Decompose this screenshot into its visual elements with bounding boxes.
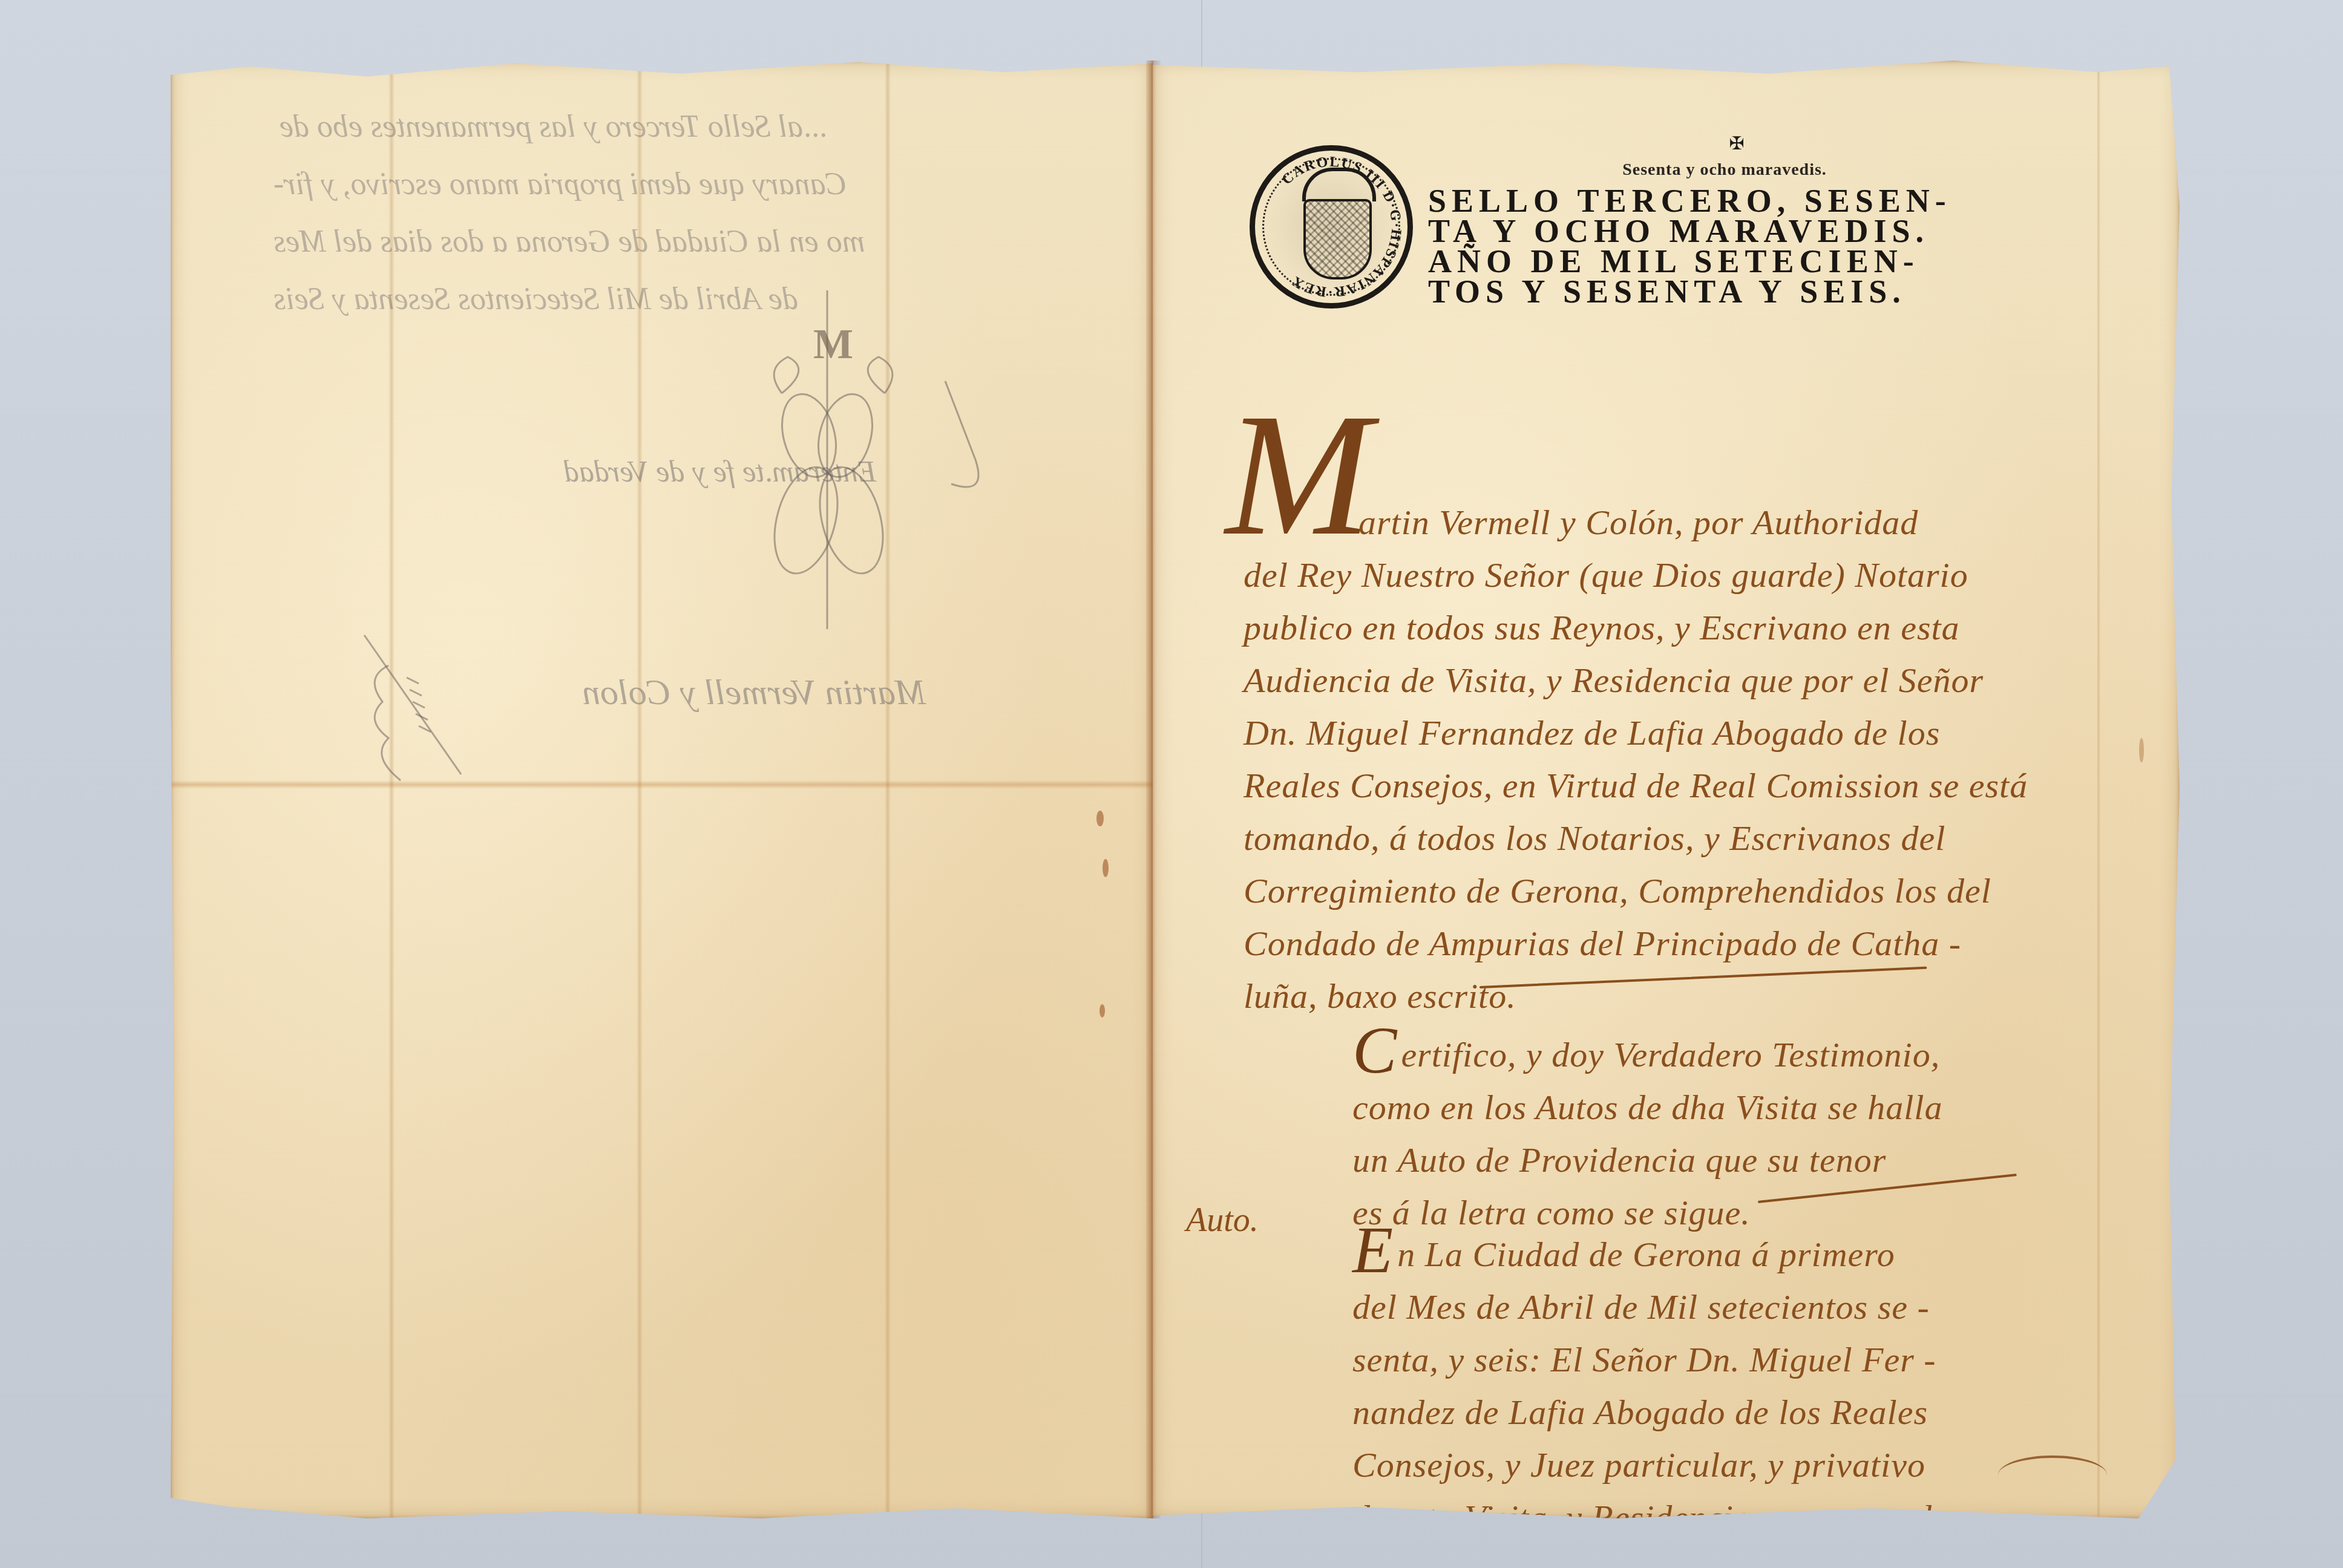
stamp-line: AÑO DE MIL SETECIEN- — [1428, 246, 2021, 276]
left-page: ...al Sello Tercero y las permanentes eb… — [171, 60, 1153, 1518]
manuscript-body: artin Vermell y Colón, por Authoridad de… — [1244, 496, 2103, 1022]
text-line: Condado de Ampurias del Principado de Ca… — [1244, 917, 2103, 970]
bleed-signum-text: Enteram.te fe y de Verdad — [564, 454, 876, 489]
bleed-through-line: ...al Sello Tercero y las permanentes eb… — [280, 109, 827, 145]
left-page-edge-wear — [171, 60, 1153, 1518]
text-line: publico en todos sus Reynos, y Escrivano… — [1244, 601, 2103, 654]
bleed-signature: Martin Vermell y Colon — [582, 671, 926, 713]
certifico-paragraph: Certifico, y doy Verdadero Testimonio, c… — [1352, 1028, 2109, 1239]
stamp-paper-header: ✠ Sesenta y ocho maravedis. SELLO TERCER… — [1428, 133, 2021, 307]
auto-paragraph: En La Ciudad de Gerona á primero del Mes… — [1352, 1228, 2109, 1544]
text-line: Corregimiento de Gerona, Comprehendidos … — [1244, 864, 2103, 917]
right-page: CAROLUS III D·G·HISPANIAR·REX ✠ Sesenta … — [1153, 60, 2180, 1518]
text-line: nandez de Lafia Abogado de los Reales — [1352, 1386, 2109, 1439]
seal-legend: CAROLUS III D·G·HISPANIAR·REX — [1255, 151, 1407, 303]
cap-c: C — [1352, 1013, 1397, 1087]
text-line: Audiencia de Visita, y Residencia que po… — [1244, 654, 2103, 707]
text-line: artin Vermell y Colón, por Authoridad — [1244, 496, 2103, 549]
text-line: de esta Visita, y Residencia, y encargad… — [1352, 1491, 2109, 1544]
signum-letter: M — [813, 321, 853, 369]
fold-line — [637, 60, 643, 1518]
text-line: Reales Consejos, en Virtud de Real Comis… — [1244, 759, 2103, 812]
bleed-through-line: de Abril de Mil Setecientos Sesenta y Se… — [274, 281, 798, 317]
fold-line — [885, 60, 891, 1518]
stamp-line: SELLO TERCERO, SESEN- — [1428, 186, 2021, 216]
cap-e: E — [1352, 1213, 1394, 1287]
text-line: tomando, á todos los Notarios, y Escriva… — [1244, 812, 2103, 864]
mirrored-rubric-icon — [352, 629, 485, 786]
edge-stain — [2139, 738, 2144, 762]
catchword-flourish — [1998, 1455, 2107, 1494]
stamp-line: TA Y OCHO MARAVEDIS. — [1428, 216, 2021, 246]
rust-stain — [1103, 859, 1109, 877]
bleed-through-line: Canary que demi propria mano escrivo, y … — [274, 166, 847, 202]
rust-stain — [1096, 811, 1104, 826]
rust-stain — [1099, 1004, 1105, 1018]
text-line: senta, y seis: El Señor Dn. Miguel Fer - — [1352, 1333, 2109, 1386]
text-line: del Rey Nuestro Señor (que Dios guarde) … — [1244, 549, 2103, 601]
text-line: un Auto de Providencia que su tenor — [1352, 1134, 2109, 1186]
stamp-line: TOS Y SESENTA Y SEIS. — [1428, 276, 2021, 307]
text-line: como en los Autos de dha Visita se halla — [1352, 1081, 2109, 1134]
text-line: Dn. Miguel Fernandez de Lafia Abogado de… — [1244, 707, 2103, 759]
text-line: Consejos, y Juez particular, y privativo — [1352, 1439, 2109, 1491]
bleed-through-line: mo en la Ciudad de Gerona a dos dias del… — [274, 224, 865, 260]
stamp-subtitle: Sesenta y ocho maravedis. — [1428, 160, 2021, 180]
text-line: En La Ciudad de Gerona á primero — [1352, 1228, 2109, 1281]
text-line: Certifico, y doy Verdadero Testimonio, — [1352, 1028, 2109, 1081]
document-bifolium: ...al Sello Tercero y las permanentes eb… — [171, 60, 2180, 1518]
royal-seal: CAROLUS III D·G·HISPANIAR·REX — [1250, 145, 1413, 309]
cross-icon: ✠ — [1452, 133, 2021, 154]
fold-line — [388, 60, 395, 1518]
svg-text:CAROLUS III D·G·HISPANIAR·REX: CAROLUS III D·G·HISPANIAR·REX — [1279, 154, 1404, 300]
text-line: del Mes de Abril de Mil setecientos se - — [1352, 1281, 2109, 1333]
fold-line-horizontal — [171, 780, 1153, 789]
margin-note-auto: Auto. — [1186, 1201, 1259, 1240]
